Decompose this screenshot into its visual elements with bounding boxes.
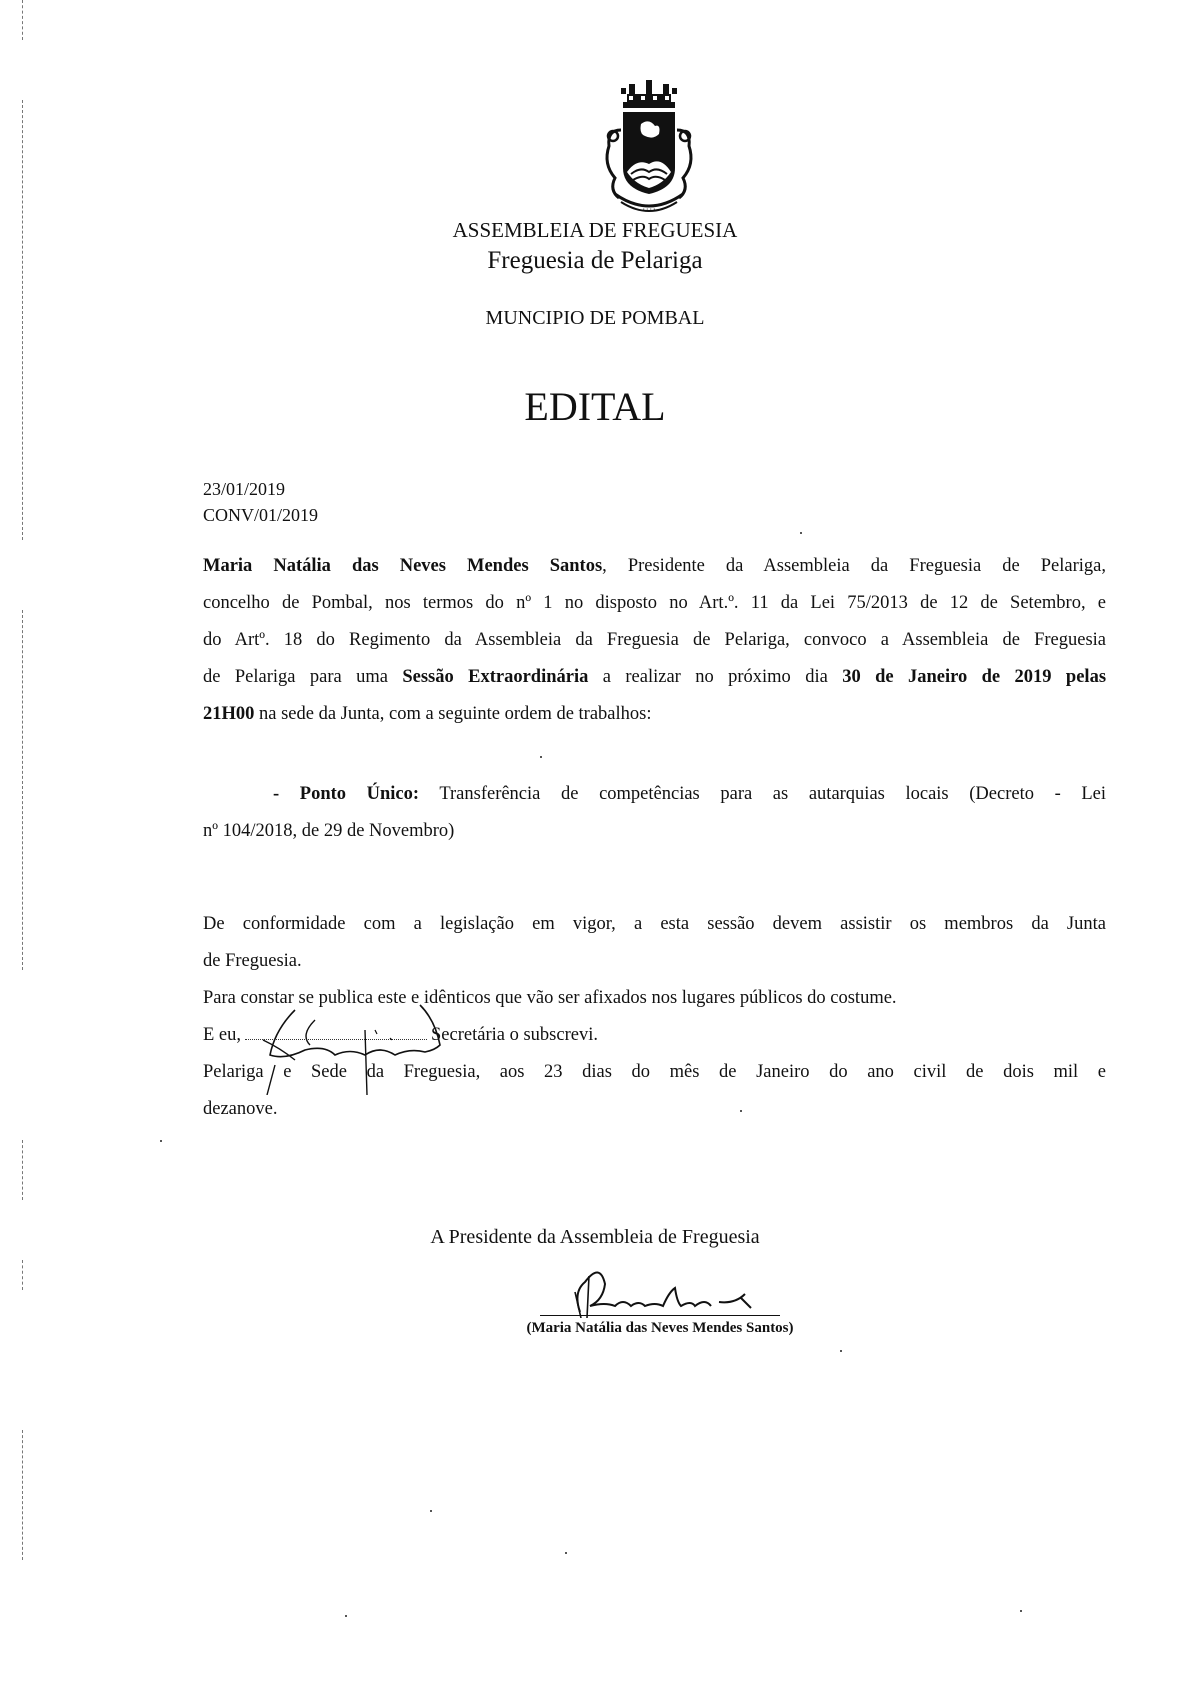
- institution-heading: ASSEMBLEIA DE FREGUESIA: [0, 218, 1190, 243]
- agenda-item: - Ponto Único: Transferência de competên…: [203, 776, 1106, 850]
- document-date: 23/01/2019: [203, 479, 285, 500]
- session-time: 21H00: [203, 704, 254, 724]
- paragraph-text: Transferência de competências para as au…: [419, 784, 1106, 804]
- document-title: EDITAL: [0, 383, 1190, 430]
- scan-speck: [430, 1510, 432, 1512]
- scan-edge-artifact: [22, 0, 24, 40]
- scan-edge-artifact: [22, 610, 24, 970]
- parish-coat-of-arms-icon: · · · ·: [593, 80, 705, 218]
- paragraph-line: De conformidade com a legislação em vigo…: [203, 906, 1106, 943]
- paragraph-line: de Pelariga para uma Sessão Extraordinár…: [203, 659, 1106, 696]
- signatory-role: A Presidente da Assembleia de Freguesia: [0, 1226, 1190, 1249]
- scan-speck: [160, 1140, 162, 1142]
- paragraph-text: de Pelariga para uma: [203, 667, 402, 687]
- scan-speck: [1020, 1610, 1022, 1612]
- municipality-heading: MUNCIPIO DE POMBAL: [0, 307, 1190, 330]
- session-date: 30 de Janeiro de 2019 pelas: [842, 667, 1106, 687]
- paragraph-line: nº 104/2018, de 29 de Novembro): [203, 813, 1106, 850]
- scan-speck: [800, 532, 802, 534]
- president-signature-icon: [545, 1262, 775, 1318]
- svg-text:· · · ·: · · · ·: [643, 207, 656, 213]
- signature-line: [540, 1315, 780, 1316]
- scan-speck: [565, 1552, 567, 1554]
- paragraph-line: dezanove.: [203, 1091, 1106, 1128]
- scan-speck: [740, 1110, 742, 1112]
- scan-speck: [540, 756, 542, 758]
- scan-edge-artifact: [22, 1140, 24, 1200]
- convocation-paragraph: Maria Natália das Neves Mendes Santos, P…: [203, 548, 1106, 733]
- secretary-signature-icon: [255, 1000, 465, 1095]
- paragraph-line: - Ponto Único: Transferência de competên…: [203, 776, 1106, 813]
- agenda-label: - Ponto Único:: [273, 784, 419, 804]
- signatory-name: (Maria Natália das Neves Mendes Santos): [480, 1320, 840, 1337]
- paragraph-text: a realizar no próximo dia: [588, 667, 842, 687]
- paragraph-text: na sede da Junta, com a seguinte ordem d…: [254, 704, 651, 724]
- document-reference-code: CONV/01/2019: [203, 505, 318, 526]
- scan-speck: [840, 1350, 842, 1352]
- paragraph-line: concelho de Pombal, nos termos do nº 1 n…: [203, 585, 1106, 622]
- parish-heading: Freguesia de Pelariga: [0, 247, 1190, 275]
- scan-edge-artifact: [22, 1260, 24, 1290]
- scan-edge-artifact: [22, 1430, 24, 1560]
- paragraph-text: , Presidente da Assembleia da Freguesia …: [602, 556, 1106, 576]
- paragraph-line: de Freguesia.: [203, 943, 1106, 980]
- paragraph-line: 21H00 na sede da Junta, com a seguinte o…: [203, 696, 1106, 733]
- paragraph-line: do Artº. 18 do Regimento da Assembleia d…: [203, 622, 1106, 659]
- president-name: Maria Natália das Neves Mendes Santos: [203, 556, 602, 576]
- paragraph-line: Maria Natália das Neves Mendes Santos, P…: [203, 548, 1106, 585]
- paragraph-text: E eu,: [203, 1025, 241, 1045]
- session-type: Sessão Extraordinária: [402, 667, 588, 687]
- scan-speck: [345, 1615, 347, 1617]
